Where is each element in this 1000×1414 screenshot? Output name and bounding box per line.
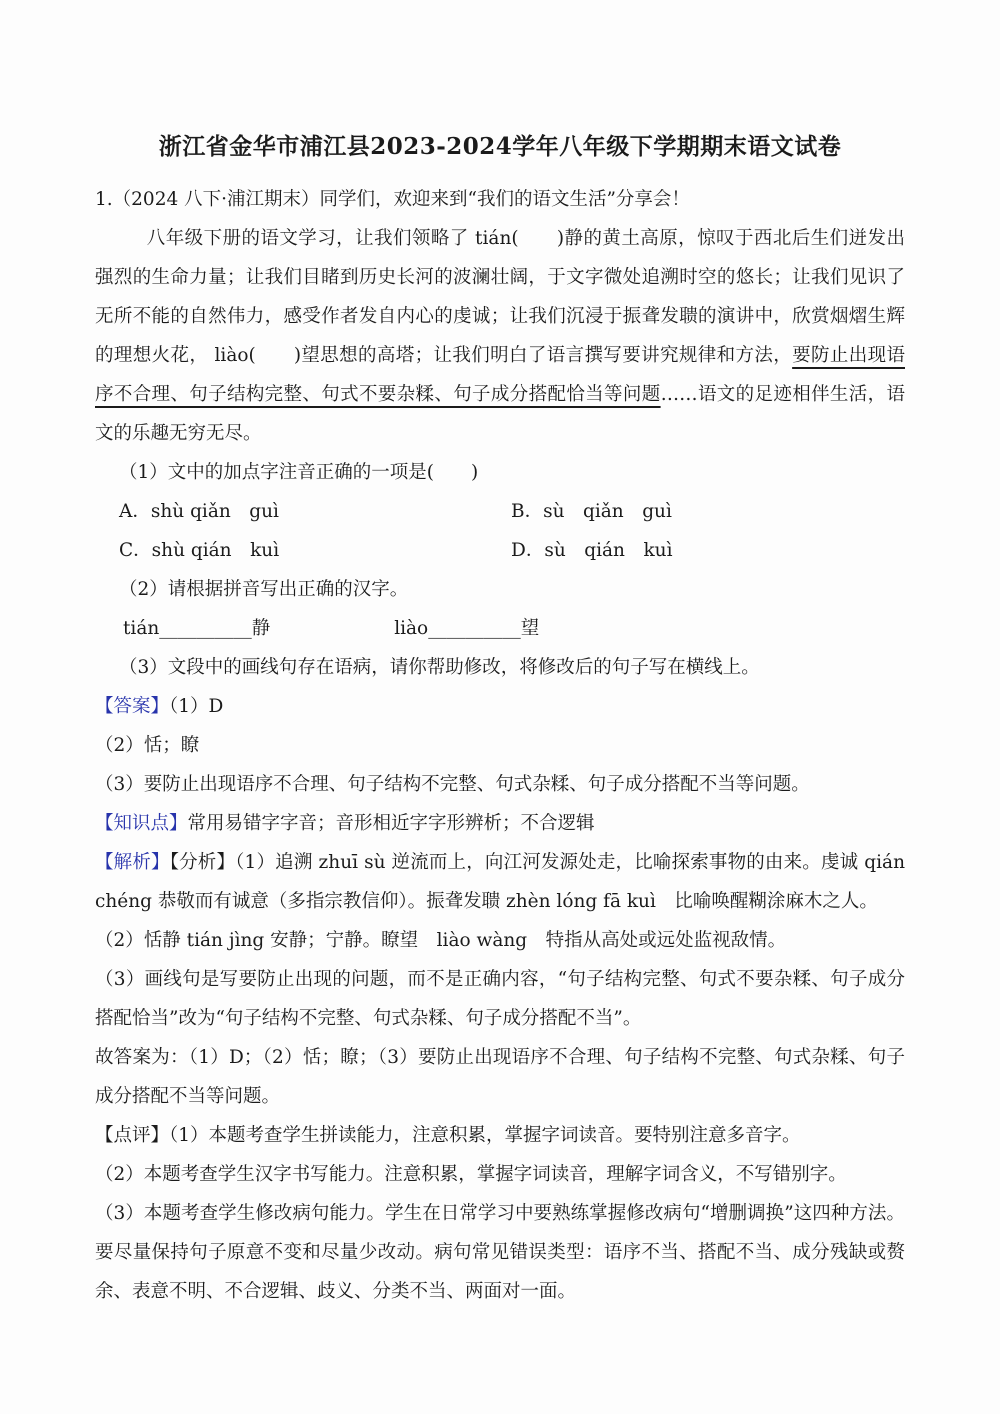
sub-question-1: （1）文中的加点字注音正确的一项是( ) xyxy=(95,453,905,492)
options-row-2: C．shù qián kuì D．sù qián kuì xyxy=(95,531,905,570)
analysis-tag: 【解析】 xyxy=(95,852,170,873)
knowledge-text: 常用易错字字音；音形相近字字形辨析；不合逻辑 xyxy=(188,813,595,834)
answer-line-2: （2）恬；瞭 xyxy=(95,726,905,765)
answer-line-3: （3）要防止出现语序不合理、句子结构不完整、句式杂糅、句子成分搭配不当等问题。 xyxy=(95,765,905,804)
option-b: B．sù qiǎn guì xyxy=(511,492,672,531)
passage-segment: 八年级下册的语文学习，让我们领略了 tián( )静的黄土高原，惊叹于西北后生们… xyxy=(95,228,905,366)
page-title: 浙江省金华市浦江县2023-2024学年八年级下学期期末语文试卷 xyxy=(95,130,905,163)
question-intro: 1.（2024 八下·浦江期末）同学们，欢迎来到“我们的语文生活”分享会！ xyxy=(95,180,905,219)
answer-tag: 【答案】 xyxy=(95,696,169,717)
pinyin-blanks-line: tián__________静 liào__________望 xyxy=(95,609,905,648)
comment-tag: 【点评】 xyxy=(95,1125,169,1146)
answer-line-1: 【答案】（1）D xyxy=(95,687,905,726)
option-d: D．sù qián kuì xyxy=(511,531,673,570)
analysis-paragraph-4: 故答案为：（1）D；（2）恬；瞭；（3）要防止出现语序不合理、句子结构不完整、句… xyxy=(95,1038,905,1116)
comment-p1-text: （1）本题考查学生拼读能力，注意积累，掌握字词读音。要特别注意多音字。 xyxy=(169,1125,801,1146)
analysis-subtag: 【分析】 xyxy=(170,852,235,873)
comment-paragraph-2: （2）本题考查学生汉字书写能力。注意积累，掌握字词读音，理解字词含义，不写错别字… xyxy=(95,1155,905,1194)
answer-1-text: （1）D xyxy=(169,696,223,717)
option-a: A．shù qiǎn guì xyxy=(119,492,511,531)
option-c: C．shù qián kuì xyxy=(119,531,511,570)
passage-text: 八年级下册的语文学习，让我们领略了 tián( )静的黄土高原，惊叹于西北后生们… xyxy=(95,219,905,453)
options-row-1: A．shù qiǎn guì B．sù qiǎn guì xyxy=(95,492,905,531)
sub-question-3: （3）文段中的画线句存在语病，请你帮助修改，将修改后的句子写在横线上。 xyxy=(95,648,905,687)
blank-liao: liào__________望 xyxy=(394,618,539,639)
blank-tian: tián__________静 xyxy=(123,618,270,639)
knowledge-tag: 【知识点】 xyxy=(95,813,188,834)
knowledge-line: 【知识点】常用易错字字音；音形相近字字形辨析；不合逻辑 xyxy=(95,804,905,843)
comment-paragraph-3: （3）本题考查学生修改病句能力。学生在日常学习中要熟练掌握修改病句“增删调换”这… xyxy=(95,1194,905,1311)
analysis-paragraph-3: （3）画线句是写要防止出现的问题，而不是正确内容，“句子结构完整、句式不要杂糅、… xyxy=(95,960,905,1038)
comment-paragraph-1: 【点评】（1）本题考查学生拼读能力，注意积累，掌握字词读音。要特别注意多音字。 xyxy=(95,1116,905,1155)
exam-document-page: 浙江省金华市浦江县2023-2024学年八年级下学期期末语文试卷 1.（2024… xyxy=(0,0,1000,1414)
analysis-paragraph-1: 【解析】【分析】（1）追溯 zhuī sù 逆流而上，向江河发源处走，比喻探索事… xyxy=(95,843,905,921)
analysis-paragraph-2: （2）恬静 tián jìng 安静；宁静。瞭望 liào wàng 特指从高处… xyxy=(95,921,905,960)
sub-question-2: （2）请根据拼音写出正确的汉字。 xyxy=(95,570,905,609)
